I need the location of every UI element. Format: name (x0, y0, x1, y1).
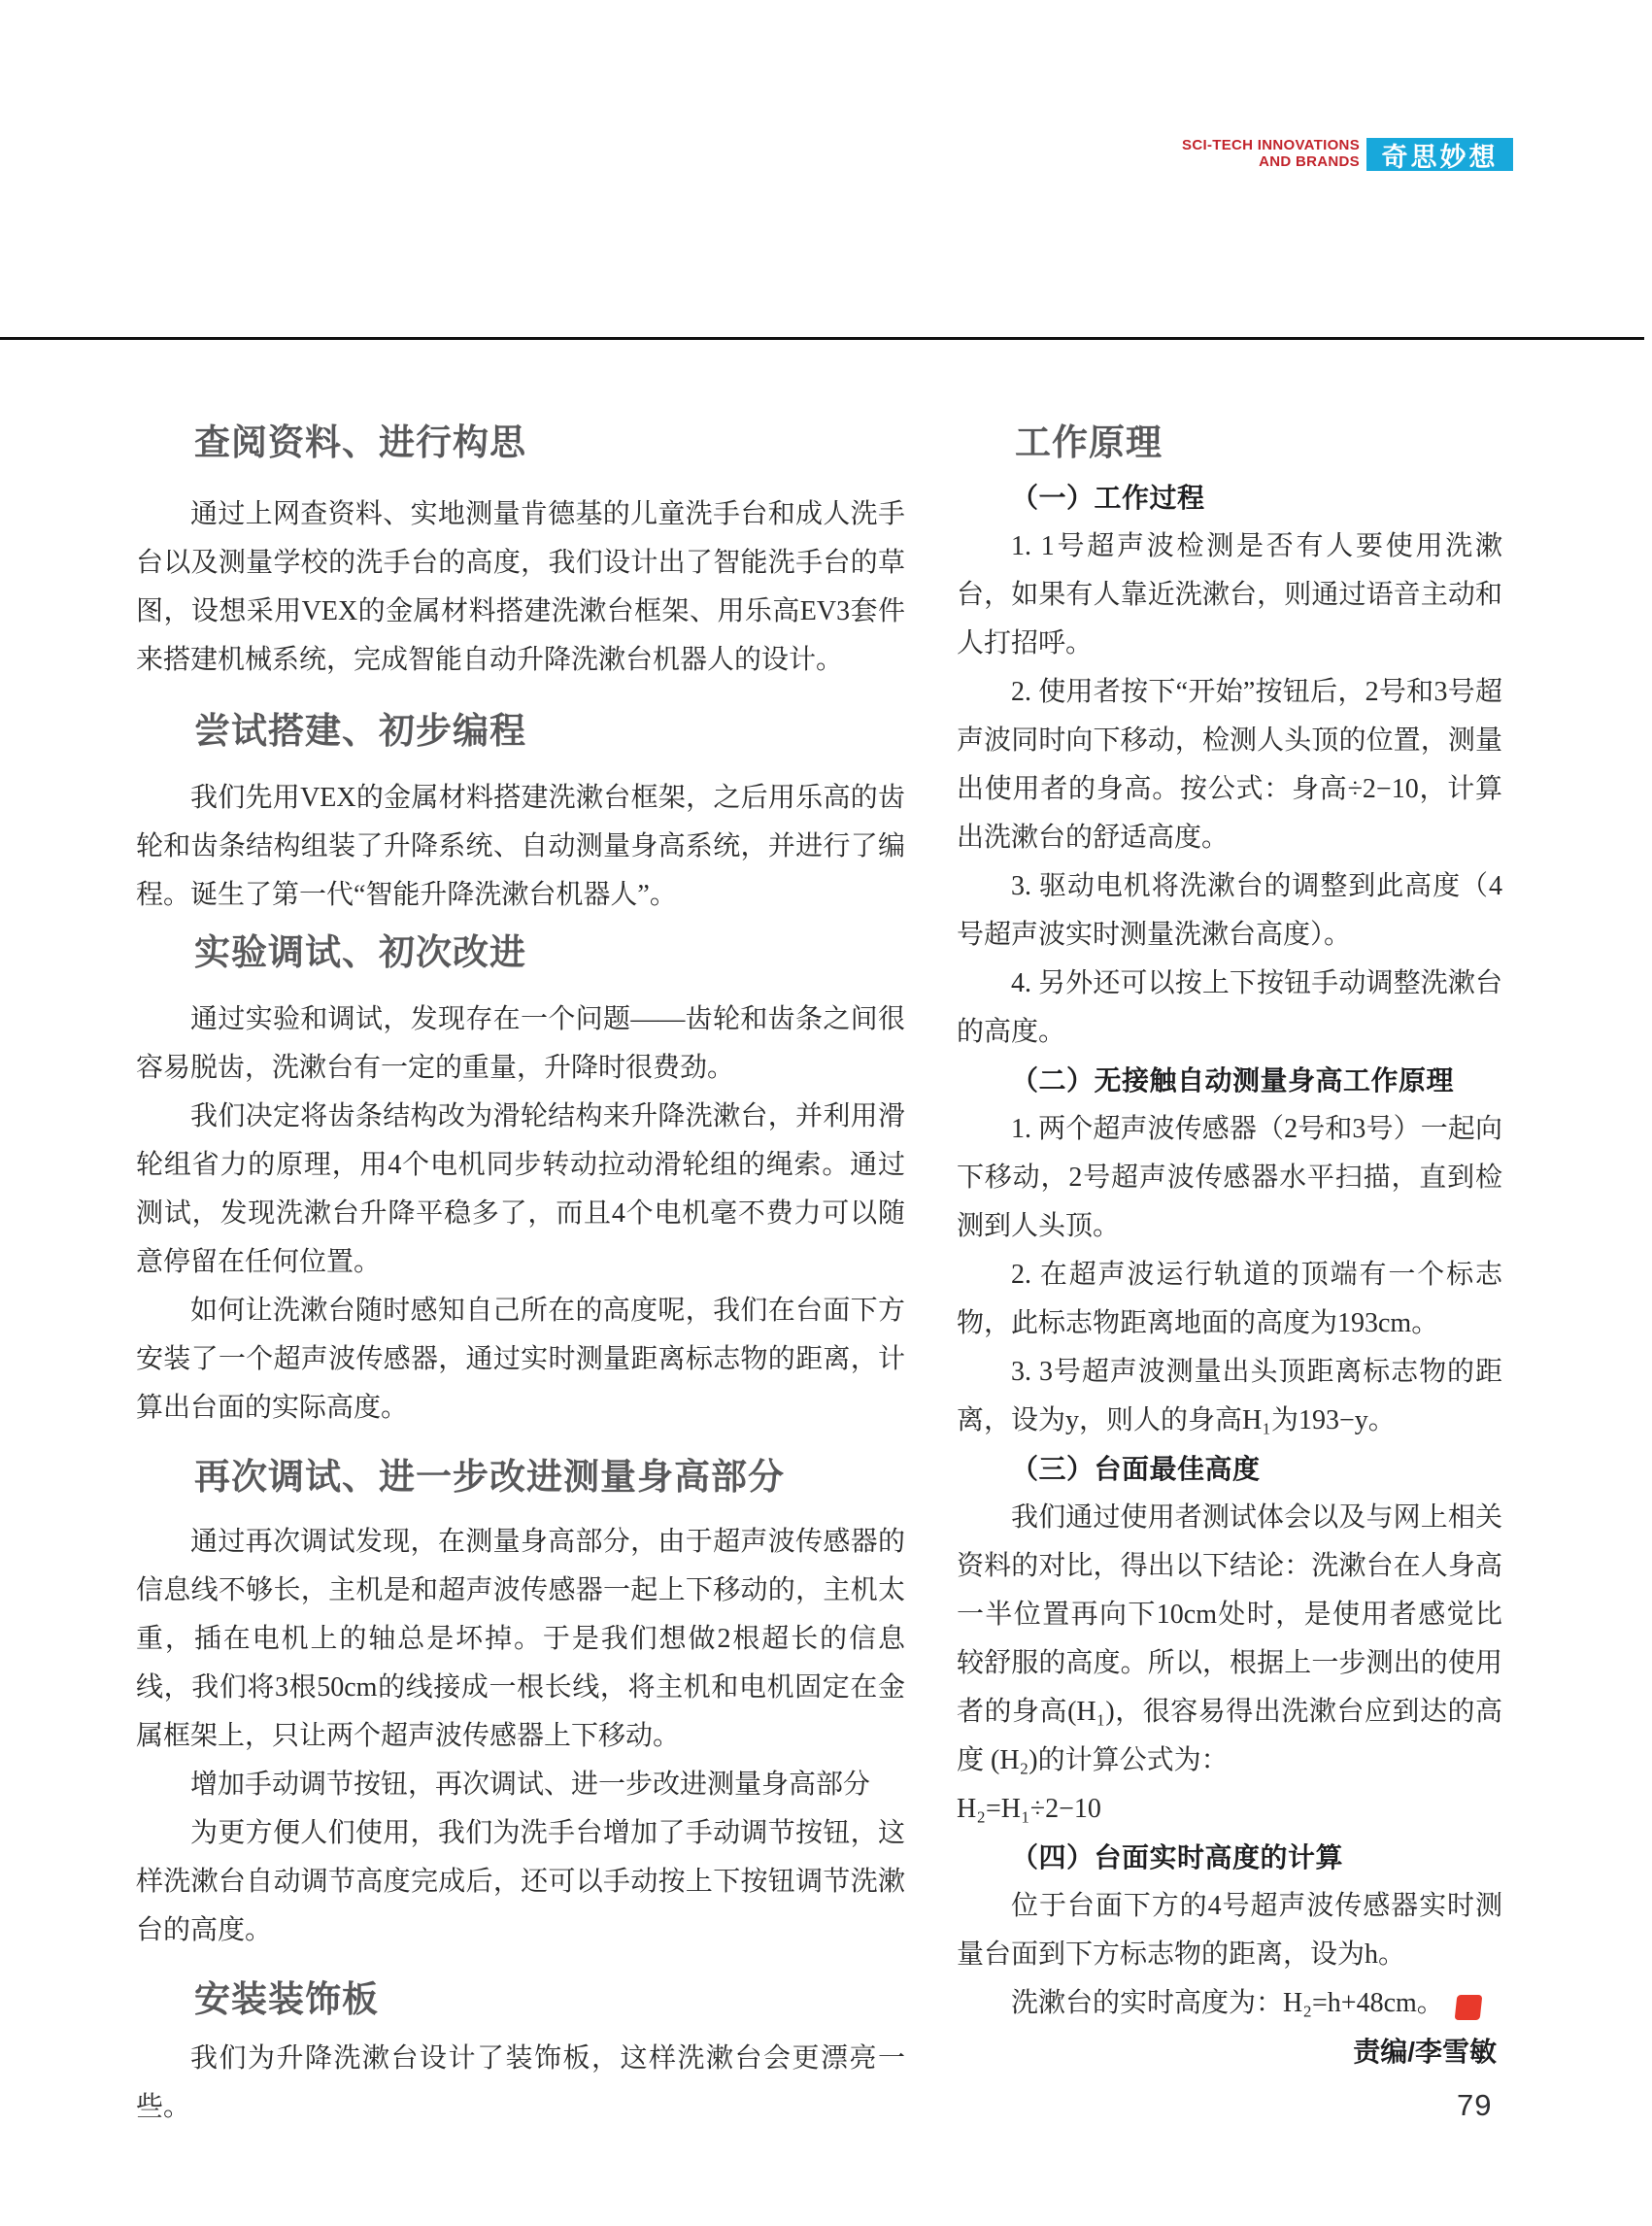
subsection-heading-best-height: （三）台面最佳高度 (957, 1445, 1502, 1494)
subsection-heading-height-measure: （二）无接触自动测量身高工作原理 (957, 1057, 1502, 1105)
editor-credit: 责编/李雪敏 (957, 2028, 1502, 2076)
list-item-paragraph: 3. 3号超声波测量出头顶距离标志物的距离，设为y，则人的身高H₁为193−y。 (957, 1348, 1502, 1445)
paragraph: 我们决定将齿条结构改为滑轮结构来升降洗漱台，并利用滑轮组省力的原理，用4个电机同… (136, 1093, 905, 1287)
list-item-paragraph: 4. 另外还可以按上下按钮手动调整洗漱台的高度。 (957, 960, 1502, 1057)
paragraph: 通过上网查资料、实地测量肯德基的儿童洗手台和成人洗手台以及测量学校的洗手台的高度… (136, 490, 905, 685)
list-item-paragraph: 我们通过使用者测试体会以及与网上相关资料的对比，得出以下结论：洗漱台在人身高一半… (957, 1494, 1502, 1785)
section-heading-decor-panel: 安装装饰板 (136, 1976, 905, 2023)
section-heading-first-improve: 实验调试、初次改进 (136, 929, 905, 976)
subsection-heading-realtime-height: （四）台面实时高度的计算 (957, 1834, 1502, 1882)
subsection-heading-process: （一）工作过程 (957, 474, 1502, 523)
paragraph: 通过实验和调试，发现存在一个问题——齿轮和齿条之间很容易脱齿，洗漱台有一定的重量… (136, 995, 905, 1093)
list-item-paragraph: 1. 1号超声波检测是否有人要使用洗漱台，如果有人靠近洗漱台，则通过语音主动和人… (957, 523, 1502, 668)
left-column: 查阅资料、进行构思 通过上网查资料、实地测量肯德基的儿童洗手台和成人洗手台以及测… (136, 0, 905, 2132)
paragraph: 通过再次调试发现，在测量身高部分，由于超声波传感器的信息线不够长，主机是和超声波… (136, 1518, 905, 1761)
section-heading-research: 查阅资料、进行构思 (136, 420, 905, 466)
end-of-article-icon: S (1454, 1995, 1482, 2020)
list-item-paragraph: 2. 在超声波运行轨道的顶端有一个标志物，此标志物距离地面的高度为193cm。 (957, 1251, 1502, 1348)
page-number: 79 (1457, 2088, 1492, 2123)
paragraph: 我们先用VEX的金属材料搭建洗漱台框架，之后用乐高的齿轮和齿条结构组装了升降系统… (136, 774, 905, 920)
magazine-page: SCI-TECH INNOVATIONS AND BRANDS 奇思妙想 查阅资… (0, 0, 1652, 2226)
list-item-paragraph: 1. 两个超声波传感器（2号和3号）一起向下移动，2号超声波传感器水平扫描，直到… (957, 1105, 1502, 1251)
paragraph: 增加手动调节按钮，再次调试、进一步改进测量身高部分 (136, 1761, 905, 1809)
closing-line-text: 洗漱台的实时高度为：H₂=h+48cm。 (1011, 1988, 1444, 2018)
list-item-paragraph: 3. 驱动电机将洗漱台的调整到此高度（4号超声波实时测量洗漱台高度）。 (957, 862, 1502, 960)
list-item-paragraph: 位于台面下方的4号超声波传感器实时测量台面到下方标志物的距离，设为h。 (957, 1882, 1502, 1979)
paragraph: 我们为升降洗漱台设计了装饰板，这样洗漱台会更漂亮一些。 (136, 2035, 905, 2132)
right-column: 工作原理 （一）工作过程 1. 1号超声波检测是否有人要使用洗漱台，如果有人靠近… (957, 0, 1502, 2076)
formula: H₂=H₁÷2−10 (957, 1785, 1502, 1834)
paragraph: 如何让洗漱台随时感知自己所在的高度呢，我们在台面下方安装了一个超声波传感器，通过… (136, 1287, 905, 1433)
section-heading-principle: 工作原理 (957, 420, 1502, 466)
list-item-paragraph: 2. 使用者按下“开始”按钮后，2号和3号超声波同时向下移动，检测人头顶的位置，… (957, 668, 1502, 862)
closing-line: 洗漱台的实时高度为：H₂=h+48cm。S (957, 1979, 1502, 2028)
section-heading-build: 尝试搭建、初步编程 (136, 708, 905, 755)
section-heading-second-improve: 再次调试、进一步改进测量身高部分 (136, 1454, 905, 1501)
paragraph: 为更方便人们使用，我们为洗手台增加了手动调节按钮，这样洗漱台自动调节高度完成后，… (136, 1809, 905, 1955)
